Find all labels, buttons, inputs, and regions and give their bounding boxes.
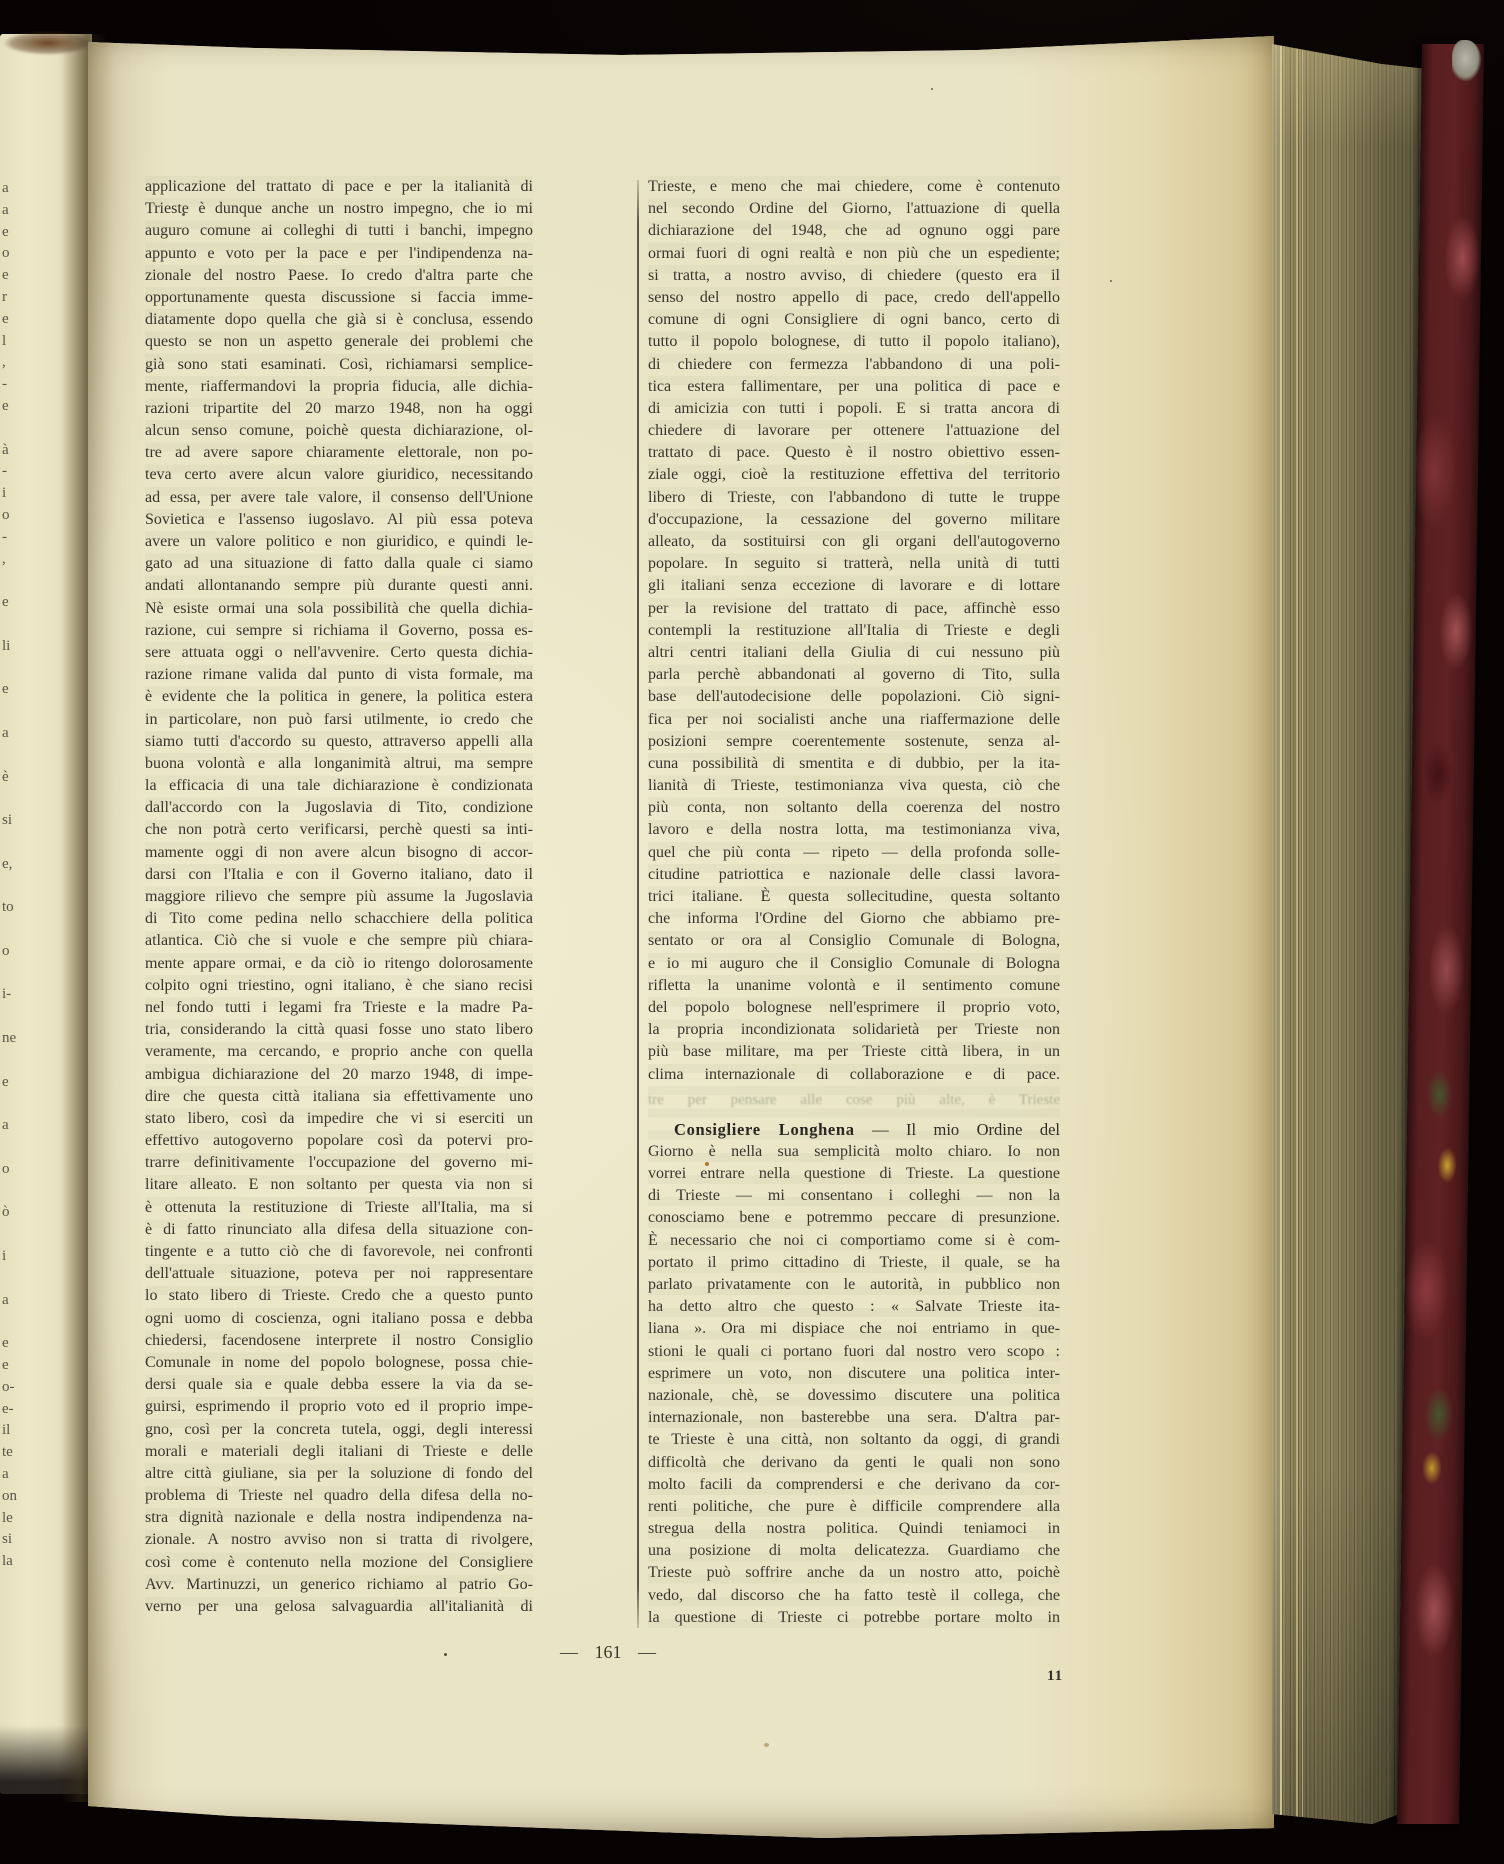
text-line: - xyxy=(2,461,20,483)
text-line: e xyxy=(2,592,20,614)
text-line: Trieste, e meno che mai chiedere, come è… xyxy=(648,176,1060,198)
text-line: l xyxy=(2,331,20,353)
text-line: e io mi auguro che il Consiglio Comunale… xyxy=(648,953,1060,975)
text-line: stregua della nostra politica. Quindi te… xyxy=(648,1518,1060,1540)
text-line: r xyxy=(2,287,20,309)
text-line: popolare. In seguito si tratterà, nella … xyxy=(648,553,1060,575)
text-line: di Trieste — mi consentano i colleghi — … xyxy=(648,1185,1060,1207)
column-divider-rule xyxy=(637,180,639,1628)
text-line xyxy=(2,1573,20,1595)
text-line xyxy=(2,963,20,985)
text-line: zionale. A nostro avviso non si tratta d… xyxy=(145,1529,533,1551)
text-line: ziale oggi, cioè la restituzione effetti… xyxy=(648,464,1060,486)
text-line: la xyxy=(2,1551,20,1573)
text-line: a xyxy=(2,723,20,745)
text-line xyxy=(2,876,20,898)
text-line: e- xyxy=(2,1399,20,1421)
text-line: Avv. Martinuzzi, un generico richiamo al… xyxy=(145,1574,533,1596)
text-line: altre città giuliane, sia per la soluzio… xyxy=(145,1463,533,1485)
cover-worn-chip xyxy=(1452,40,1482,86)
text-line: razioni tripartite del 20 marzo 1948, no… xyxy=(145,398,533,420)
text-line: Nè esiste ormai una sola possibilità che… xyxy=(145,598,533,620)
page-edge-highlight xyxy=(1296,40,1298,1830)
text-line: stato libero, così da impedire che vi si… xyxy=(145,1108,533,1130)
text-line: e xyxy=(2,1355,20,1377)
text-line: clima internazionale di collaborazione e… xyxy=(648,1064,1060,1086)
text-line: o xyxy=(2,941,20,963)
page-edge-highlight xyxy=(1280,40,1282,1830)
text-line: stra dignità nazionale e della nostra in… xyxy=(145,1507,533,1529)
text-line: per la revisione del trattato di pace, a… xyxy=(648,598,1060,620)
text-line: teva certo avere alcun valore giuridico,… xyxy=(145,464,533,486)
text-line: esprimere un voto, non discutere una pol… xyxy=(648,1363,1060,1385)
text-line: che informa l'Ordine del Giorno che abbi… xyxy=(648,908,1060,930)
text-line: gno, così per la concreta tutela, oggi, … xyxy=(145,1419,533,1441)
text-line: e xyxy=(2,1333,20,1355)
text-line xyxy=(2,418,20,440)
text-line: veramente, ma cercando, e proprio anche … xyxy=(145,1041,533,1063)
text-line: avere un valore politico e non giuridico… xyxy=(145,531,533,553)
text-line: il xyxy=(2,1420,20,1442)
text-line: sentato or ora al Consiglio Comunale di … xyxy=(648,930,1060,952)
text-line: renti politiche, che pure è difficile co… xyxy=(648,1496,1060,1518)
text-line: così come è contenuto nella mozione del … xyxy=(145,1552,533,1574)
text-line: si xyxy=(2,810,20,832)
text-line xyxy=(2,1268,20,1290)
text-line: - xyxy=(2,527,20,549)
text-line: molto facili da comprendersi e che deriv… xyxy=(648,1474,1060,1496)
text-line: e xyxy=(2,1072,20,1094)
text-line: nel secondo Ordine del Giorno, l'attuazi… xyxy=(648,198,1060,220)
text-line: è evidente che la politica in genere, la… xyxy=(145,686,533,708)
text-line: È necessario che noi ci comportiamo come… xyxy=(648,1230,1060,1252)
text-line: ne xyxy=(2,1028,20,1050)
text-line: trarre definitivamente l'occupazione del… xyxy=(145,1152,533,1174)
paragraph-continuation: Trieste, e meno che mai chiedere, come è… xyxy=(648,176,1060,1086)
text-line: nazionale, chè, se dovessimo discutere u… xyxy=(648,1385,1060,1407)
text-line: quel che più conta — ripeto — della prof… xyxy=(648,842,1060,864)
text-line: vedo, dal discorso che ha fatto testè il… xyxy=(648,1585,1060,1607)
text-line: parla perchè abbandonati al governo di T… xyxy=(648,664,1060,686)
text-column-right: Trieste, e meno che mai chiedere, come è… xyxy=(648,176,1060,1629)
text-line: chiedersi, facendosene interprete il nos… xyxy=(145,1330,533,1352)
text-line: altri centri italiani della Giulia di cu… xyxy=(648,642,1060,664)
text-line: li xyxy=(2,636,20,658)
text-line: è ottenuta la restituzione di Trieste al… xyxy=(145,1197,533,1219)
text-line: trici italiane. È questa sollecitudine, … xyxy=(648,886,1060,908)
text-line: base dell'autodecisione delle popolazion… xyxy=(648,686,1060,708)
text-line: tre ad avere sapore chiaramente elettora… xyxy=(145,442,533,464)
text-line: alcun senso comune, poichè questa dichia… xyxy=(145,420,533,442)
text-line: contempli la restituzione all'Italia di … xyxy=(648,620,1060,642)
text-line: vorrei entrare nella questione di Triest… xyxy=(648,1163,1060,1185)
text-line: dersi quale sia e quale debba essere la … xyxy=(145,1374,533,1396)
text-line: e xyxy=(2,679,20,701)
text-line: trattato di pace. Questo è il nostro obi… xyxy=(648,442,1060,464)
text-line: te xyxy=(2,1442,20,1464)
text-line: verno per una gelosa salvaguardia all'it… xyxy=(145,1596,533,1618)
page-edge-highlight xyxy=(1302,40,1303,1830)
paper-speck xyxy=(705,1162,709,1166)
text-line: una posizione di molta delicatezza. Guar… xyxy=(648,1540,1060,1562)
text-line: ò xyxy=(2,1202,20,1224)
text-line: tria, considerando la città quasi fosse … xyxy=(145,1019,533,1041)
text-line: sere attuata oggi o nell'avvenire. Certo… xyxy=(145,642,533,664)
text-line: di amicizia con tutti i popoli. E si tra… xyxy=(648,398,1060,420)
text-line: ambigua dichiarazione del 20 marzo 1948,… xyxy=(145,1064,533,1086)
text-line: morali e materiali degli italiani di Tri… xyxy=(145,1441,533,1463)
text-line: del popolo bolognese nell'esprimere il p… xyxy=(648,997,1060,1019)
text-line: di chiedere con fermezza l'abbandono di … xyxy=(648,354,1060,376)
text-line: o xyxy=(2,505,20,527)
text-line: problema di Trieste nel quadro della dif… xyxy=(145,1485,533,1507)
text-line: internazionale, non basterebbe una sera.… xyxy=(648,1407,1060,1429)
text-line: già sono stati esaminati. Così, richiama… xyxy=(145,354,533,376)
text-line: alleato, da sostituirsi con gli organi d… xyxy=(648,531,1060,553)
text-line: e xyxy=(2,396,20,418)
text-line: razione rimane valida dal punto di vista… xyxy=(145,664,533,686)
text-line: e xyxy=(2,265,20,287)
speaker-heading-rest: — Il mio Ordine del xyxy=(872,1120,1060,1139)
text-line: mente, riaffermandovi la propria fiducia… xyxy=(145,376,533,398)
paper-speck xyxy=(182,213,185,216)
text-line: a xyxy=(2,200,20,222)
text-line: siamo tutti d'accordo su questo, attrave… xyxy=(145,731,533,753)
text-line xyxy=(2,1181,20,1203)
text-line: a xyxy=(2,1115,20,1137)
text-line: le xyxy=(2,1508,20,1530)
paper-speck xyxy=(931,88,933,90)
text-line: gato ad una situazione di fatto dalla qu… xyxy=(145,553,533,575)
text-line: fica per noi socialisti anche una riaffe… xyxy=(648,709,1060,731)
paper-speck xyxy=(444,1653,447,1656)
book-page: applicazione del trattato di pace e per … xyxy=(88,28,1274,1840)
text-line: parlato privatamente con le autorità, in… xyxy=(648,1274,1060,1296)
text-line: questo se non un aspetto generale dei pr… xyxy=(145,331,533,353)
text-line: tingente e a tutto ciò che di favorevole… xyxy=(145,1241,533,1263)
text-line xyxy=(2,658,20,680)
text-line xyxy=(2,614,20,636)
text-line: Sovietica e l'assenso iugoslavo. Al più … xyxy=(145,509,533,531)
text-line: conosciamo bene e potremmo peccare di pr… xyxy=(648,1207,1060,1229)
text-line: difficoltà che derivano da genti le qual… xyxy=(648,1452,1060,1474)
text-line: colpito ogni triestino, ogni italiano, è… xyxy=(145,975,533,997)
text-line: posizioni sempre coerentemente sostenute… xyxy=(648,731,1060,753)
speaker-heading: Consigliere Longhena — Il mio Ordine del xyxy=(648,1119,1060,1141)
text-line: andati allontanando sempre più durante q… xyxy=(145,575,533,597)
text-line xyxy=(2,745,20,767)
text-line: darsi con l'Italia e con il Governo ital… xyxy=(145,864,533,886)
text-line xyxy=(2,1050,20,1072)
text-line: on xyxy=(2,1486,20,1508)
text-line: Giorno è nella sua semplicità molto chia… xyxy=(648,1141,1060,1163)
text-line: à xyxy=(2,440,20,462)
text-line xyxy=(2,788,20,810)
text-line: ha detto altro che questo : « Salvate Tr… xyxy=(648,1296,1060,1318)
text-line: i xyxy=(2,483,20,505)
text-line: guirsi, esprimendo il proprio voto ed il… xyxy=(145,1396,533,1418)
text-line: a xyxy=(2,1290,20,1312)
text-line: e xyxy=(2,309,20,331)
text-line: o xyxy=(2,243,20,265)
text-line: d'occupazione, la cessazione del governo… xyxy=(648,509,1060,531)
text-line: lo stato libero di Trieste. Credo che a … xyxy=(145,1285,533,1307)
text-line: è xyxy=(2,767,20,789)
paper-speck xyxy=(764,1743,769,1747)
text-line: opportunamente questa discussione si fac… xyxy=(145,287,533,309)
text-line: ormai fuori di ogni realtà e non più che… xyxy=(648,243,1060,265)
text-line: nel fondo tutti i legami fra Trieste e l… xyxy=(145,997,533,1019)
text-line: dichiarazione del 1948, che ad ognuno og… xyxy=(648,220,1060,242)
text-line: la efficacia di una tale dichiarazione è… xyxy=(145,775,533,797)
text-line: chiedere di lavorare per ottenere l'attu… xyxy=(648,420,1060,442)
text-line: ogni uomo di coscienza, ogni italiano po… xyxy=(145,1308,533,1330)
text-line: gli italiani senza eccezione di lavorare… xyxy=(648,575,1060,597)
text-line: che non potrà certo verificarsi, perchè … xyxy=(145,819,533,841)
text-line xyxy=(2,1311,20,1333)
text-line: portato il primo cittadino di Trieste, i… xyxy=(648,1252,1060,1274)
text-line: atlantica. Ciò che si vuole e che sempre… xyxy=(145,930,533,952)
text-line: e, xyxy=(2,854,20,876)
text-line: i- xyxy=(2,984,20,1006)
text-line: è di fatto rinunciato alla difesa della … xyxy=(145,1219,533,1241)
text-line: mamente oggi di non avere alcun bisogno … xyxy=(145,842,533,864)
text-line: citudine patriottica e nazionale delle c… xyxy=(648,864,1060,886)
text-line: o- xyxy=(2,1377,20,1399)
text-line: tica estera fallimentare, per una politi… xyxy=(648,376,1060,398)
text-line: appunto e voto per la pace e per l'indip… xyxy=(145,243,533,265)
text-line: o xyxy=(2,1159,20,1181)
text-line: si xyxy=(2,1529,20,1551)
text-line: diatamente dopo quella che già si è conc… xyxy=(145,309,533,331)
text-line: libero di Trieste, con l'abbandono di tu… xyxy=(648,487,1060,509)
text-line: a xyxy=(2,1464,20,1486)
text-line: effettivo autogoverno popolare così da p… xyxy=(145,1130,533,1152)
text-line: ad essa, per avere tale valore, il conse… xyxy=(145,487,533,509)
text-line: , xyxy=(2,549,20,571)
text-line: cuna possibilità di smentita e di dubbio… xyxy=(648,753,1060,775)
text-line xyxy=(2,570,20,592)
text-line: dire che questa città italiana sia effet… xyxy=(145,1086,533,1108)
text-line: comune di ogni Consigliere di ogni banco… xyxy=(648,309,1060,331)
text-line: rifletta la unanime volontà e il sentime… xyxy=(648,975,1060,997)
text-line: zionale del nostro Paese. Io credo d'alt… xyxy=(145,265,533,287)
text-line: te Trieste è una città, non soltanto da … xyxy=(648,1429,1060,1451)
text-line: la propria incondizionata solidarietà pe… xyxy=(648,1019,1060,1041)
text-line: più conta, non soltanto della coerenza d… xyxy=(648,797,1060,819)
text-line: maggiore rilievo che sempre più assume l… xyxy=(145,886,533,908)
scan-background: { "page": { "number": "— 161 —", "signat… xyxy=(0,0,1504,1864)
text-line: liana ». Ora mi dispiace che noi entriam… xyxy=(648,1318,1060,1340)
text-line: tutto il popolo bolognese, di tutto il p… xyxy=(648,331,1060,353)
text-line: lavoro e della nostra lotta, ma testimon… xyxy=(648,819,1060,841)
signature-mark: 11 xyxy=(1047,1668,1063,1685)
text-line: in particolare, non può farsi utilmente,… xyxy=(145,709,533,731)
text-line: applicazione del trattato di pace e per … xyxy=(145,176,533,198)
text-line xyxy=(2,1093,20,1115)
text-line: auguro comune ai colleghi di tutti i ban… xyxy=(145,220,533,242)
text-line: - xyxy=(2,374,20,396)
text-line: buona volontà e alla longanimità altrui,… xyxy=(145,753,533,775)
text-line xyxy=(2,1137,20,1159)
speaker-paragraph: Giorno è nella sua semplicità molto chia… xyxy=(648,1141,1060,1629)
text-line: Trieste può soffrire anche da un nostro … xyxy=(648,1562,1060,1584)
paragraph-gap: tre per pensare alle cose più alte, è Tr… xyxy=(648,1086,1060,1119)
text-line: razione, cui sempre si richiama il Gover… xyxy=(145,620,533,642)
text-line: to xyxy=(2,897,20,919)
showthrough-text: tre per pensare alle cose più alte, è Tr… xyxy=(648,1092,1060,1109)
text-line: lianità di Trieste, testimonianza viva q… xyxy=(648,775,1060,797)
text-line: senso del nostro appello di pace, credo … xyxy=(648,287,1060,309)
text-line: Comunale in nome del popolo bolognese, p… xyxy=(145,1352,533,1374)
gutter-text-fragments: aaeoerel,-eà-io-,elieaèsie,tooi-neeaoòia… xyxy=(2,178,20,1595)
text-line: più base militare, ma per Trieste città … xyxy=(648,1041,1060,1063)
text-line xyxy=(2,701,20,723)
text-line: mente appare ormai, e da ciò io ritengo … xyxy=(145,953,533,975)
text-column-left: applicazione del trattato di pace e per … xyxy=(145,176,533,1618)
text-line: i xyxy=(2,1246,20,1268)
text-line: dell'attuale situazione, poteva per noi … xyxy=(145,1263,533,1285)
text-line: Trieste è dunque anche un nostro impegno… xyxy=(145,198,533,220)
text-line: a xyxy=(2,178,20,200)
text-line xyxy=(2,919,20,941)
speaker-name: Consigliere Longhena xyxy=(674,1120,855,1139)
text-line: dall'accordo con la Jugoslavia di Tito, … xyxy=(145,797,533,819)
text-line: , xyxy=(2,352,20,374)
paper-speck xyxy=(1110,280,1112,282)
text-line: stioni le quali ci portano fuori dal nos… xyxy=(648,1341,1060,1363)
text-line: di Tito come pedina nello schacchiere de… xyxy=(145,908,533,930)
text-line xyxy=(2,832,20,854)
text-line: la questione di Trieste ci potrebbe port… xyxy=(648,1607,1060,1629)
text-line xyxy=(2,1224,20,1246)
text-line: e xyxy=(2,222,20,244)
page-number: — 161 — xyxy=(518,1642,698,1663)
text-line xyxy=(2,1006,20,1028)
text-line: litare alleato. E non soltanto per quest… xyxy=(145,1174,533,1196)
text-line: si tratta, a nostro avviso, di chiedere … xyxy=(648,265,1060,287)
